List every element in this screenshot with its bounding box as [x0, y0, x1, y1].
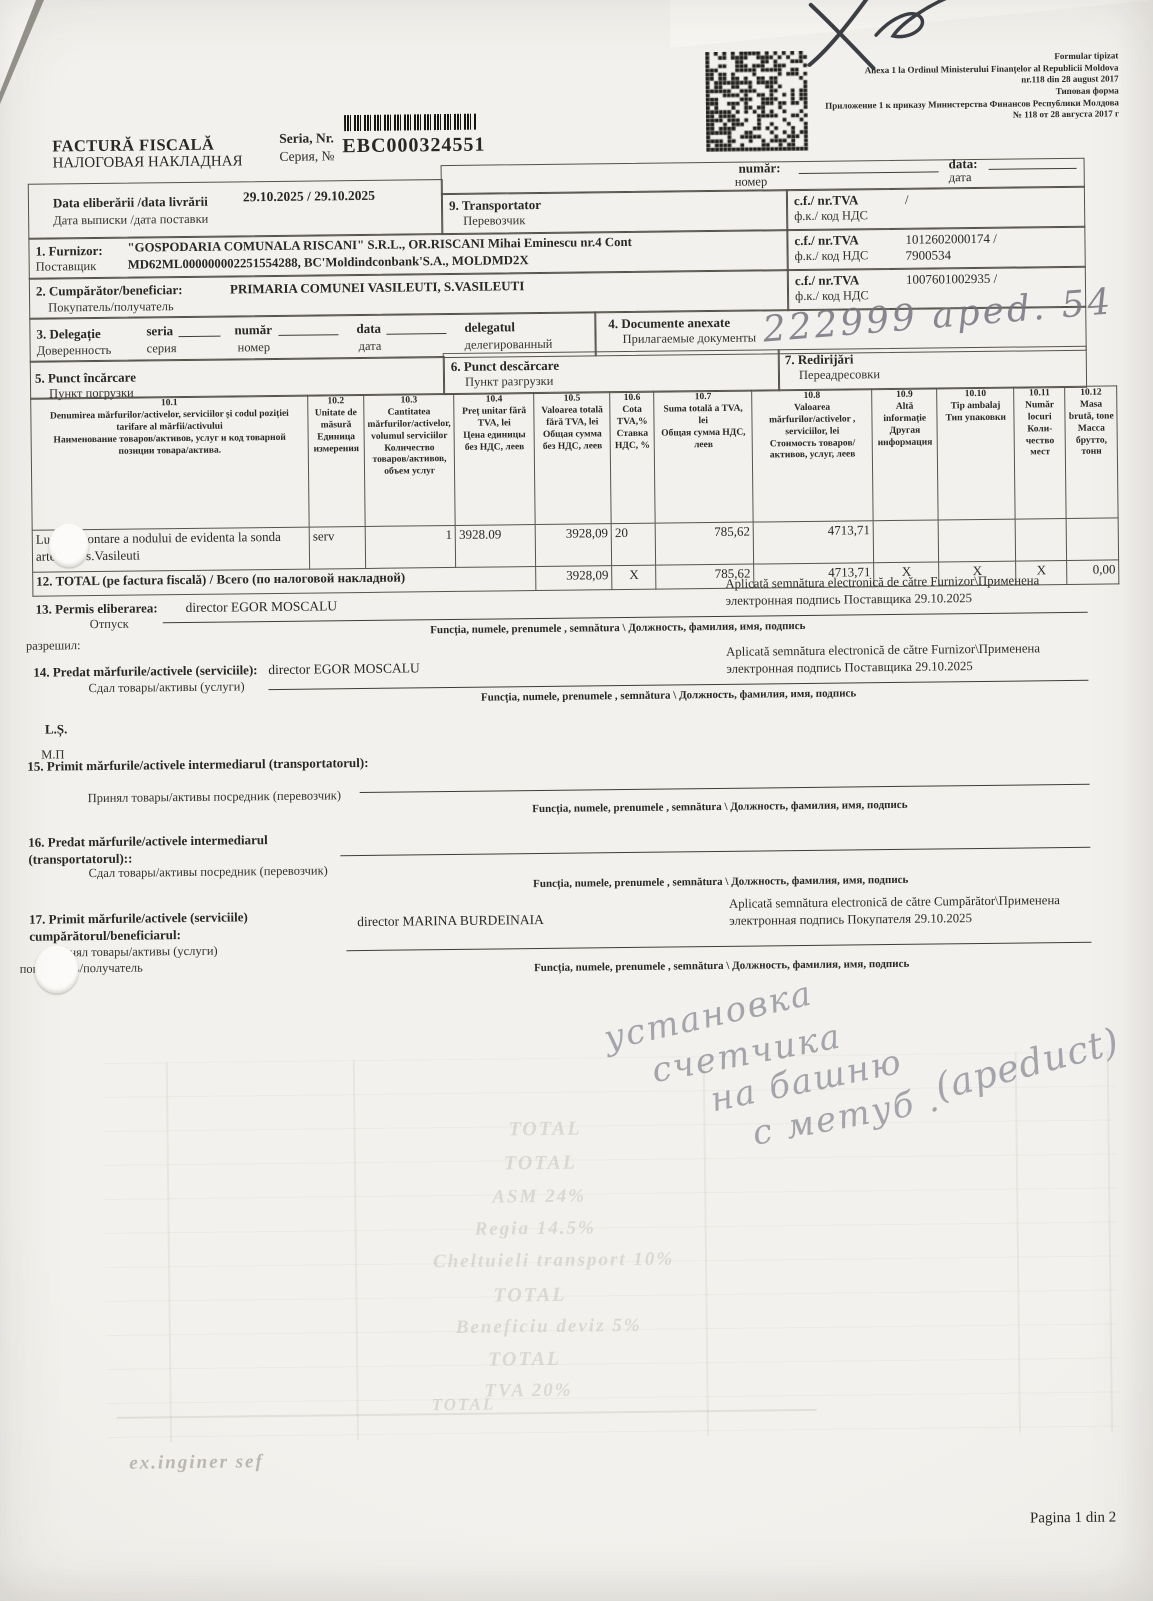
col-header-suma-tva: 10.7Suma totală a TVA, leiОбщая сумма НД…: [654, 390, 753, 523]
s15-caption: Funcția, numele, prenumele , semnătura \…: [455, 798, 985, 816]
data-label-ru: дата: [949, 170, 972, 185]
scanned-invoice-photo: Formular tipizat Anexa 1 la Ordinul Mini…: [0, 0, 1153, 1601]
s17-label-ro-l2: cumpărătorul/beneficiarul:: [29, 927, 181, 945]
item-vat-sum: 785,62: [655, 522, 753, 565]
item-value: 3928,09: [535, 524, 611, 567]
documente-label-ro: 4. Documente anexate: [608, 315, 730, 332]
delegatie-delegat-ro: delegatul: [464, 319, 515, 336]
ghost-text: TOTAL: [432, 1395, 496, 1416]
item-total: 4713,71: [753, 521, 873, 564]
delegatie-label-ru: Доверенность: [37, 343, 112, 359]
cf3-value: 1007601002935 /: [906, 271, 998, 288]
cf2-label-ro: c.f./ nr.TVA: [794, 232, 858, 249]
seria-label-ro: Seria, Nr.: [279, 130, 334, 147]
furnizor-label-ro: 1. Furnizor:: [35, 243, 102, 260]
form-note-line: Anexa 1 la Ordinul Ministerului Finanțel…: [865, 62, 1119, 75]
cf2-value2: 7900534: [906, 247, 952, 264]
s13-label-ru1: Отпуск: [90, 617, 129, 632]
dates-value: 29.10.2025 / 29.10.2025: [243, 188, 375, 205]
s14-signer: director EGOR MOSCALU: [268, 660, 420, 678]
s14-label-ro: 14. Predat mărfurile/activele (serviciil…: [33, 662, 257, 681]
cf2-value: 1012602000174 /: [905, 231, 997, 248]
s17-esign-note: Aplicată semnătura electronică de către …: [729, 892, 1060, 930]
ghost-text: Cheltuieli transport 10%: [433, 1249, 674, 1274]
delegatie-data-ro: data: [356, 321, 381, 337]
datamatrix-code: [705, 51, 808, 152]
s13-label-ru2: разрешил:: [26, 638, 81, 654]
ghost-text: Beneficiu deviz 5%: [456, 1315, 642, 1339]
ghost-text-inginer: ex.inginer sef: [129, 1451, 264, 1475]
punct-descarcare-ro: 6. Punct descărcare: [451, 358, 559, 375]
col-header-ambalaj: 10.10Tip ambalajТип упаковки: [937, 387, 1015, 520]
page-number: Pagina 1 din 2: [1030, 1510, 1116, 1528]
delegatie-seria-ro: seria: [146, 323, 173, 339]
s13-caption: Funcția, numele, prenumele , semnătura \…: [358, 619, 878, 637]
ghost-text: TVA 20%: [484, 1380, 572, 1403]
form-note-line: № 118 от 28 августа 2017 г: [1013, 109, 1119, 120]
col-header-unitate: 10.2Unitate de măsurăЕдиница измерения: [308, 394, 365, 527]
delegatie-seria-ru: серия: [147, 341, 177, 356]
barcode: [344, 114, 476, 131]
col-header-pret: 10.4Preț unitar fără TVA, leiЦена единиц…: [454, 393, 535, 526]
s17-signer: director MARINA BURDEINAIA: [357, 912, 544, 930]
item-mass: [1066, 518, 1118, 561]
cf2-label-ru: ф.к./ код НДС: [795, 248, 869, 264]
documente-label-ru: Прилагаемые документы: [622, 331, 756, 348]
cumparator-label-ro: 2. Cumpărător/beneficiar:: [36, 282, 183, 300]
s14-esign-note: Aplicată semnătura electronică de către …: [726, 640, 1040, 678]
dates-label-ru: Дата выписки /дата поставки: [53, 212, 208, 229]
s16-label-ru: Сдал товары/активы посредник (перевозчик…: [88, 863, 327, 881]
delegatie-delegat-ru: делегированный: [465, 337, 553, 353]
form-note-line: nr.118 din 28 august 2017: [1021, 74, 1119, 85]
furnizor-label-ru: Поставщик: [36, 259, 97, 275]
s13-esign-note: Aplicată semnătura electronică de către …: [725, 572, 1039, 610]
s17-label-ro-l1: 17. Primit mărfurile/activele (serviciil…: [29, 909, 248, 927]
cumparator-value: PRIMARIA COMUNEI VASILEUTI, S.VASILEUTI: [230, 278, 525, 297]
punct-incarcare-ro: 5. Punct încărcare: [35, 370, 136, 387]
item-places: [1015, 519, 1066, 562]
form-legal-note: Formular tipizat Anexa 1 la Ordinul Mini…: [825, 50, 1119, 123]
delegatie-numar-ro: număr: [234, 322, 272, 338]
s15-label-ro: 15. Primit mărfurile/activele intermedia…: [27, 755, 368, 775]
item-qty: 1: [365, 525, 456, 568]
item-price: 3928.09: [455, 525, 535, 568]
redirijari-ro: 7. Redirijări: [785, 351, 854, 368]
delegatie-label-ro: 3. Delegație: [36, 326, 100, 343]
s15-signature-line: [360, 784, 1090, 793]
ghost-text: TOTAL: [493, 1284, 566, 1308]
invoice-document: Formular tipizat Anexa 1 la Ordinul Mini…: [0, 0, 1153, 1601]
form-note-line: Типовая форма: [1056, 85, 1119, 96]
s14-label-ru: Сдал товары/активы (услуги): [88, 679, 244, 696]
hole-punch: [49, 523, 89, 567]
item-vat-rate: 20: [611, 523, 655, 565]
delegatie-data-ru: дата: [359, 339, 382, 354]
form-note-line: Formular tipizat: [1054, 50, 1118, 61]
punct-descarcare-ru: Пункт разгрузки: [465, 374, 554, 390]
stamp-label-ro: L.Ș.: [45, 721, 68, 737]
s17-caption: Funcția, numele, prenumele , semnătura \…: [457, 957, 987, 975]
ghost-text: TOTAL: [504, 1152, 577, 1176]
ghost-text: Regia 14.5%: [475, 1217, 596, 1240]
s15-label-ru: Принял товары/активы посредник (перевозч…: [88, 788, 341, 806]
dates-label-ro: Data eliberării /data livrării: [53, 194, 208, 212]
delegatie-numar-ru: номер: [238, 340, 271, 355]
transportator-label-ru: Перевозчик: [463, 213, 525, 229]
s17-signature-line: [346, 942, 1091, 951]
hole-punch: [34, 945, 79, 993]
ghost-grid: [103, 1051, 1119, 1442]
s16-label-ro-l1: 16. Predat mărfurile/activele intermedia…: [28, 832, 268, 851]
cf1-label-ro: c.f./ nr.TVA: [794, 192, 858, 209]
transportator-label-ro: 9. Transportator: [449, 197, 541, 214]
ghost-text: ASM 24%: [492, 1186, 586, 1209]
item-unit: serv: [309, 526, 365, 569]
total-mass: 0,00: [1067, 560, 1119, 585]
cumparator-label-ru: Покупатель/получатель: [48, 299, 174, 315]
numar-label-ru: номер: [735, 174, 768, 189]
s13-label-ro: 13. Permis eliberarea:: [35, 600, 157, 617]
item-package: [938, 519, 1015, 562]
seria-number: EBC000324551: [342, 134, 485, 159]
cf1-value: /: [905, 192, 909, 208]
cf3-label-ro: c.f./ nr.TVA: [795, 272, 859, 289]
item-other: [873, 520, 938, 563]
seria-label-ru: Серия, №: [279, 148, 334, 165]
col-header-valoare-totala: 10.8Valoarea mărfurilor/activelor , serv…: [752, 389, 873, 522]
ghost-text: TOTAL: [488, 1348, 561, 1372]
col-header-cantitate: 10.3Cantitatea mărfurilor/activelor, vol…: [364, 393, 456, 526]
total-value: 3928,09: [536, 566, 612, 591]
cf1-label-ru: ф.к./ код НДС: [794, 208, 868, 224]
s16-signature-line: [340, 847, 1090, 857]
total-label: 12. TOTAL (pe factura fiscală) / Всего (…: [33, 567, 537, 597]
col-header-valoare: 10.5Valoarea totală fără TVA, leiОбщая с…: [534, 392, 611, 525]
invoice-title-ru: НАЛОГОВАЯ НАКЛАДНАЯ: [52, 153, 242, 172]
goods-table: 10.1Denumirea mărfurilor/activelor, serv…: [30, 385, 1119, 596]
col-header-denumire: 10.1Denumirea mărfurilor/activelor, serv…: [31, 395, 309, 530]
s13-signer: director EGOR MOSCALU: [185, 598, 337, 616]
col-header-alta-info: 10.9Altă informațieДругая информация: [872, 388, 938, 521]
s14-caption: Funcția, numele, prenumele , semnătura \…: [409, 687, 929, 705]
ghost-text: TOTAL: [508, 1118, 581, 1142]
redirijari-ru: Переадресовки: [799, 367, 880, 383]
total-vat-rate: X: [612, 565, 656, 589]
col-header-locuri: 10.11Număr locuriКоли- чество мест: [1014, 387, 1066, 520]
s16-caption: Funcția, numele, prenumele , semnătura \…: [456, 873, 986, 891]
col-header-masa: 10.12Masa brută, toneМасса брутто, тонн: [1065, 386, 1118, 519]
col-header-cota: 10.6Cota TVA,%Ставка НДС, %: [610, 391, 655, 523]
